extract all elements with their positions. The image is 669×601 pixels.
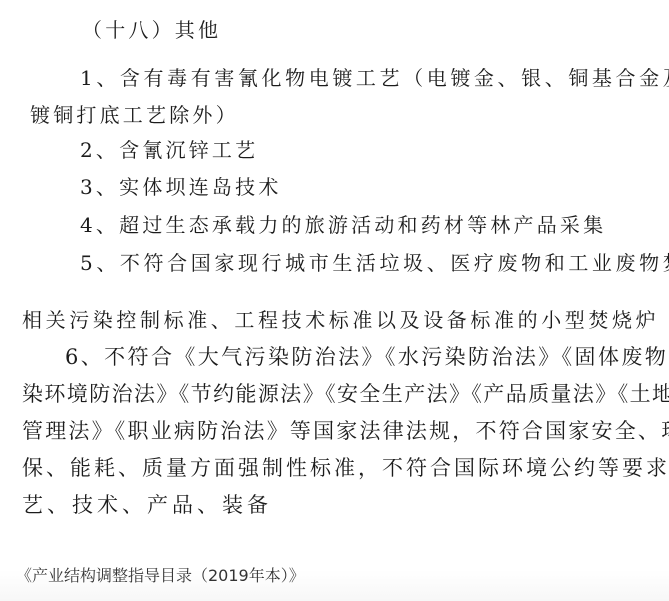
section-heading: （十八）其他 — [82, 17, 221, 43]
source-caption: 《产业结构调整指导目录（2019年本）》 — [16, 563, 305, 586]
item-2: 2、含氰沉锌工艺 — [80, 137, 258, 163]
item-6-line-3: 管理法》《职业病防治法》等国家法律法规，不符合国家安全、环 — [22, 418, 669, 444]
item-4: 4、超过生态承载力的旅游活动和药材等林产品采集 — [80, 212, 606, 238]
item-1-line-2: 镀铜打底工艺除外） — [30, 102, 239, 128]
item-6-line-5: 艺、技术、产品、装备 — [22, 492, 272, 518]
item-6-line-2: 染环境防治法》《节约能源法》《安全生产法》《产品质量法》《土地 — [22, 381, 669, 407]
item-3: 3、实体坝连岛技术 — [80, 174, 282, 200]
item-1-line-1: 1、含有毒有害氰化物电镀工艺（电镀金、银、铜基合金及予 — [80, 65, 669, 91]
item-6-line-1: 6、不符合《大气污染防治法》《水污染防治法》《固体废物污 — [65, 344, 669, 370]
item-5-line-1: 5、不符合国家现行城市生活垃圾、医疗废物和工业废物焚烧 — [80, 250, 669, 276]
item-5-line-2: 相关污染控制标准、工程技术标准以及设备标准的小型焚烧炉 — [22, 307, 659, 333]
item-6-line-4: 保、能耗、质量方面强制性标准，不符合国际环境公约等要求的工 — [22, 455, 669, 481]
document-page: （十八）其他 1、含有毒有害氰化物电镀工艺（电镀金、银、铜基合金及予 镀铜打底工… — [0, 0, 669, 545]
